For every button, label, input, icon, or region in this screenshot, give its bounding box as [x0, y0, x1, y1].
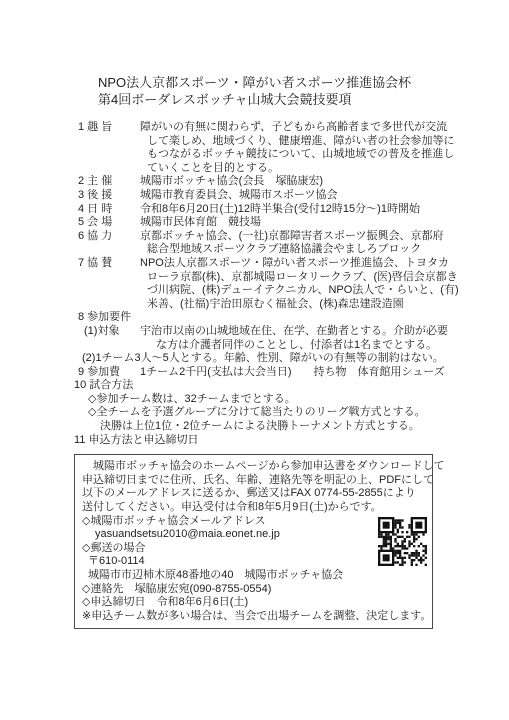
heading-requirements: 8 参加要件	[74, 311, 509, 325]
application-paragraph-line: 申込締切日までに住所、氏名、年齢、連絡先等を明記の上、PDFにして	[82, 474, 426, 488]
match-format-point: ◇参加チーム数は、32チームまでとする。	[74, 393, 509, 407]
item-text: 障がいの有無に関わらず、子どもから高齢者まで多世代が交流	[140, 121, 447, 135]
title-line-2: 第4回ボーダレスボッチャ山城大会競技要項	[98, 91, 509, 108]
application-box: 城陽市ボッチャ協会のホームページから参加申込書をダウンロードして 申込締切日まで…	[74, 454, 433, 629]
document-body: 1 趣 旨 障がいの有無に関わらず、子どもから高齢者まで多世代が交流 して楽しめ…	[74, 121, 509, 447]
item-text: 宇治市以南の山城地域在住、在学、在勤者とする。介助が必要	[140, 325, 448, 339]
item-sponsors-cont: づ川病院、(株)デューイテクニカル、NPO法人で・らいと、(有)	[74, 284, 509, 298]
item-datetime: 4 日 時 令和8年6月20日(土)12時半集合(受付12時15分〜)1時開始	[74, 203, 509, 217]
contact-line: ◇連絡先 塚脇康宏宛(090-8755-0554)	[82, 583, 426, 597]
item-cooperation-cont: 総合型地域スポーツクラブ連絡協議会やましろブロック	[74, 243, 509, 257]
item-support: 3 後 援 城陽市教育委員会、城陽市スポーツ協会	[74, 189, 509, 203]
item-number-label: 5 会 場	[78, 216, 140, 230]
document-content: NPO法人京都スポーツ・障がい者スポーツ推進協会杯 第4回ボーダレスボッチャ山城…	[74, 74, 509, 629]
item-purpose: 1 趣 旨 障がいの有無に関わらず、子どもから高齢者まで多世代が交流	[74, 121, 509, 135]
application-paragraph-line: 送付してください。申込受付は令和8年5月9日(土)からです。	[82, 501, 426, 515]
requirement-target-cont: な方は介護者同伴のこととし、付添者は1名までとする。	[74, 339, 509, 353]
document-title: NPO法人京都スポーツ・障がい者スポーツ推進協会杯 第4回ボーダレスボッチャ山城…	[98, 74, 509, 108]
item-number-label: 4 日 時	[78, 203, 140, 217]
item-text: 城陽市民体育館 競技場	[140, 216, 261, 230]
match-format-point: ◇全チームを予選グループに分けて総当たりのリーグ戦方式とする。	[74, 406, 509, 420]
note-line: ※申込チーム数が多い場合は、当会で出場チームを調整、決定します。	[82, 610, 426, 624]
heading-application: 11 申込方法と申込締切日	[74, 434, 509, 448]
postal-address: 城陽市市辺柿木原48番地の40 城陽市ボッチャ協会	[82, 569, 426, 583]
item-number-label: 3 後 援	[78, 189, 140, 203]
item-text: 京都ボッチャ協会、(一社)京都障害者スポーツ振興会、京都府	[140, 230, 444, 244]
item-sponsors-cont: 米善、(社福)宇治田原むく福祉会、(株)森忠建設造園	[74, 298, 509, 312]
item-number-label: 7 協 賛	[78, 257, 140, 271]
item-number-label: 9 参加費	[78, 366, 140, 380]
item-purpose-cont: して楽しめ、地域づくり、健康増進、障がい者の社会参加等に	[74, 135, 509, 149]
item-number-label: 6 協 力	[78, 230, 140, 244]
item-text: 令和8年6月20日(土)12時半集合(受付12時15分〜)1時開始	[140, 203, 420, 217]
email-heading: ◇城陽市ボッチャ協会メールアドレス	[82, 515, 426, 529]
document-page: NPO法人京都スポーツ・障がい者スポーツ推進協会杯 第4回ボーダレスボッチャ山城…	[0, 0, 509, 720]
item-text: NPO法人京都スポーツ・障がい者スポーツ推進協会、トヨタカ	[140, 257, 449, 271]
item-text: 城陽市ボッチャ協会(会長 塚脇康宏)	[140, 175, 323, 189]
item-sponsors: 7 協 賛 NPO法人京都スポーツ・障がい者スポーツ推進協会、トヨタカ	[74, 257, 509, 271]
qr-code	[378, 517, 427, 566]
email-address: yasuandsetsu2010@maia.eonet.ne.jp	[82, 528, 426, 542]
item-number-label: 1 趣 旨	[78, 121, 140, 135]
item-cooperation: 6 協 力 京都ボッチャ協会、(一社)京都障害者スポーツ振興会、京都府	[74, 230, 509, 244]
item-venue: 5 会 場 城陽市民体育館 競技場	[74, 216, 509, 230]
application-paragraph-line: 以下のメールアドレスに送るか、郵送又はFAX 0774-55-2855により	[82, 487, 426, 501]
postal-heading: ◇郵送の場合	[82, 542, 426, 556]
item-purpose-cont: もつながるボッチャ競技について、山城地域での普及を推進し	[74, 148, 509, 162]
item-sponsors-cont: ローラ京都(株)、京都城陽ロータリークラブ、(医)啓信会京都き	[74, 271, 509, 285]
match-format-point-cont: 決勝は上位1位・2位チームによる決勝トーナメント方式とする。	[74, 420, 509, 434]
heading-match-format: 10 試合方法	[74, 379, 509, 393]
requirement-target: (1)対象 宇治市以南の山城地域在住、在学、在勤者とする。介助が必要	[74, 325, 509, 339]
item-fee: 9 参加費 1チーム2千円(支払は大会当日) 持ち物 体育館用シューズ	[74, 366, 509, 380]
requirement-team-size: (2)1チーム3人〜5人とする。年齢、性別、障がいの有無等の制約はない。	[74, 352, 509, 366]
item-organizer: 2 主 催 城陽市ボッチャ協会(会長 塚脇康宏)	[74, 175, 509, 189]
item-text: 城陽市教育委員会、城陽市スポーツ協会	[140, 189, 338, 203]
deadline-line: ◇申込締切日 令和8年6月6日(土)	[82, 596, 426, 610]
item-number-label: 2 主 催	[78, 175, 140, 189]
application-paragraph-line: 城陽市ボッチャ協会のホームページから参加申込書をダウンロードして	[82, 460, 426, 474]
title-line-1: NPO法人京都スポーツ・障がい者スポーツ推進協会杯	[98, 74, 509, 91]
item-purpose-cont: ていくことを目的とする。	[74, 162, 509, 176]
postal-code: 〒610-0114	[82, 555, 426, 569]
sub-item-label: (1)対象	[84, 325, 140, 339]
item-text: 1チーム2千円(支払は大会当日) 持ち物 体育館用シューズ	[140, 366, 445, 380]
